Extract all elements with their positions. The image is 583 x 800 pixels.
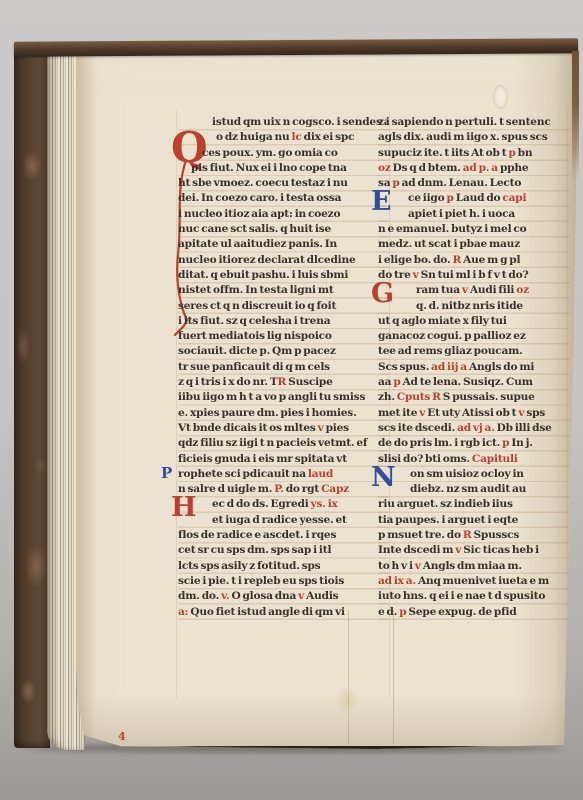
- open-book: istud qm uix n cogsco. i sendes aglaQo d…: [14, 40, 578, 750]
- rubric-run: ad ix a.: [378, 575, 418, 587]
- text-line: i its fiut. sz q celesha i trena: [178, 314, 388, 329]
- text-line: Ece iigo p Laud do capi: [378, 191, 570, 206]
- text-run: e. xpies paure dm. pies i homies.: [178, 407, 357, 419]
- leather-cover-spine: [14, 46, 50, 748]
- text-line: iuto hns. q ei i e nae t d spusito: [378, 589, 570, 604]
- parchment-crease: [348, 610, 349, 744]
- rubric-run: oz: [378, 162, 393, 174]
- text-run: scie i pie. t i repleb eu sps tiois: [178, 575, 344, 587]
- text-run: dei. In coezo caro. i testa ossa: [178, 192, 341, 204]
- book-bottom-edge: [106, 746, 566, 749]
- text-line: oz Ds q d btem. ad p. a pphe: [378, 161, 570, 176]
- rubric-run: p: [392, 177, 399, 189]
- text-line: seres ct q n discreuit io q foit: [178, 299, 388, 314]
- rubric-run: P.: [274, 483, 284, 495]
- text-line: Inte dscedi m v Sic ticas heb i: [378, 543, 570, 558]
- text-run: i its fiut. sz q celesha i trena: [178, 315, 330, 327]
- text-line: flos de radice e ascdet. i rqes: [178, 528, 388, 543]
- text-line: apiet i piet h. i uoca: [378, 207, 570, 222]
- parchment-page: istud qm uix n cogsco. i sendes aglaQo d…: [76, 52, 578, 749]
- text-line: met ite v Et uty Atissi ob t v sps: [378, 406, 570, 421]
- text-run: iibu iigo m h t a vo p angli tu smiss: [178, 391, 365, 403]
- text-line: Gram tua v Audi fili oz: [378, 283, 570, 298]
- text-run: rophete sci pdicauit na: [178, 468, 308, 480]
- text-run: p msuet tre. do: [378, 529, 463, 541]
- text-run: Anq muenivet iueta e m: [418, 575, 549, 587]
- text-run: Angls do mi: [467, 361, 534, 373]
- text-run: seres ct q n discreuit io q foit: [178, 300, 336, 312]
- text-line: n salre d uigle m. P. do rgt Capz: [178, 482, 388, 497]
- text-line: do tre v Sn tui ml i b f v t do?: [378, 268, 570, 283]
- text-run: dix ei spc: [302, 131, 355, 143]
- rubric-run: a:: [178, 606, 190, 618]
- text-run: S pussais. supue: [441, 391, 535, 403]
- text-run: bn: [516, 147, 533, 159]
- text-line: p msuet tre. do R Spusscs: [378, 528, 570, 543]
- text-run: nistet offm. In testa ligni mt: [178, 284, 334, 296]
- parchment-crease: [393, 610, 394, 744]
- text-run: riu arguet. sz indieb iius: [378, 498, 513, 510]
- text-line: z q i tris i x do nr. TR Suscipe: [178, 375, 388, 390]
- text-run: ec d do ds. Egredi: [212, 498, 311, 510]
- text-run: Spusscs: [471, 529, 519, 541]
- text-run: flos de radice e ascdet. i rqes: [178, 529, 336, 541]
- text-run: qdz filiu sz iigi t n pacieis vetmt. ef: [178, 437, 367, 449]
- text-run: istud qm uix n cogsco. i sendes agla: [212, 116, 388, 128]
- text-line: aa p Ad te lena. Susiqz. Cum: [378, 375, 570, 390]
- text-run: Et uty Atissi ob t: [425, 407, 518, 419]
- text-run: sociauit. dicte p. Qm p pacez: [178, 345, 336, 357]
- text-line: to h v i v Angls dm miaa m.: [378, 559, 570, 574]
- text-run: tee ad rems gliaz poucam.: [378, 345, 523, 357]
- text-line: a: Quo fiet istud angle di qm vi: [178, 605, 388, 620]
- text-line: tia paupes. i arguet i eqte: [378, 513, 570, 528]
- text-run: nucleo itiorez declarat dlcedine: [178, 254, 356, 266]
- rubric-run: ad iij a: [431, 361, 467, 373]
- text-run: fuert mediatois lig nispoico: [178, 330, 332, 342]
- text-run: lcts sps asily z fotitud. sps: [178, 560, 320, 572]
- text-run: met ite: [378, 407, 419, 419]
- text-line: e. xpies paure dm. pies i homies.: [178, 406, 388, 421]
- text-line: nucleo itiorez declarat dlcedine: [178, 253, 388, 268]
- text-line: i nucleo itioz aia apt: in coezo: [178, 207, 388, 222]
- text-line: qdz filiu sz iigi t n pacieis vetmt. ef: [178, 436, 388, 451]
- text-run: z q i tris i x do nr. T: [178, 376, 278, 388]
- text-line: Non sm uisioz ocloy in: [378, 467, 570, 482]
- text-line: sa p ad dnm. Lenau. Lecto: [378, 176, 570, 191]
- text-run: o dz huiga nu: [216, 131, 292, 143]
- rubric-run: ys. ix: [311, 498, 338, 510]
- text-run: ganacoz cogui. p pallioz ez: [378, 330, 526, 342]
- text-line: ut q aglo miate x fily tui: [378, 314, 570, 329]
- text-line: sociauit. dicte p. Qm p pacez: [178, 344, 388, 359]
- text-run: i nucleo itioz aia apt: in coezo: [178, 208, 340, 220]
- text-line: medz. ut scat i pbae mauz: [378, 237, 570, 252]
- text-line: tee ad rems gliaz poucam.: [378, 344, 570, 359]
- rubric-run: p: [447, 192, 454, 204]
- text-column-left: istud qm uix n cogsco. i sendes aglaQo d…: [178, 115, 388, 620]
- leather-corner-sliver: [572, 51, 579, 181]
- text-run: i elige bo. do.: [378, 254, 452, 266]
- text-line: Hec d do ds. Egredi ys. ix: [178, 497, 388, 512]
- text-run: do rgt: [284, 483, 321, 495]
- text-line: Vt bnde dicais it os mltes v pies: [178, 421, 388, 436]
- text-run: Ds q d btem.: [393, 162, 463, 174]
- text-run: zh.: [378, 391, 397, 403]
- text-run: dm. do.: [178, 590, 221, 602]
- text-run: de do pris lm. i rgb ict.: [378, 437, 502, 449]
- text-line: q. d. nitbz nris itide: [378, 299, 570, 314]
- text-run: ut q aglo miate x fily tui: [378, 315, 507, 327]
- text-line: et iuga d radice yesse. et: [178, 513, 388, 528]
- text-line: de do pris lm. i rgb ict. p In j.: [378, 436, 570, 451]
- quire-signature-mark: 4: [118, 730, 126, 743]
- text-run: n e emanuel. butyz i mel co: [378, 223, 527, 235]
- text-run: et iuga d radice yesse. et: [212, 514, 347, 526]
- text-run: Ad te lena. Susiqz. Cum: [401, 376, 533, 388]
- text-run: ces poux. ym. go omia co: [202, 147, 338, 159]
- text-line: lcts sps asily z fotitud. sps: [178, 559, 388, 574]
- rubric-run: p: [393, 376, 400, 388]
- rubric-run: oz: [516, 284, 529, 296]
- text-run: Scs spus.: [378, 361, 431, 373]
- rubric-run: p: [508, 147, 515, 159]
- text-line: ht sbe vmoez. coecu testaz i nu: [178, 176, 388, 191]
- rubric-run: laud: [308, 468, 333, 480]
- text-line: ditat. q ebuit pashu. i luis sbmi: [178, 268, 388, 283]
- rubric-run: Cputs R: [397, 391, 441, 403]
- text-line: scs ite dscedi. ad vj a. Db illi dse: [378, 421, 570, 436]
- text-line: e d. p Sepe expug. de pfid: [378, 605, 570, 620]
- text-line: istud qm uix n cogsco. i sendes agla: [178, 115, 388, 130]
- text-line: nistet offm. In testa ligni mt: [178, 283, 388, 298]
- parchment-flaw: [493, 85, 508, 109]
- text-line: ces poux. ym. go omia co: [178, 146, 388, 161]
- text-run: pphe: [498, 162, 528, 174]
- text-line: ficieis gnuda i eis mr spitata vt: [178, 452, 388, 467]
- text-run: Db illi dse: [495, 422, 552, 434]
- text-line: supuciz ite. t iits At ob t p bn: [378, 146, 570, 161]
- text-run: iuto hns. q ei i e nae t d spusito: [378, 590, 545, 602]
- rubric-run: R: [452, 254, 461, 266]
- text-run: medz. ut scat i pbae mauz: [378, 238, 520, 250]
- text-run: agls dix. audi m iigo x. spus scs: [378, 131, 548, 143]
- text-run: Quo fiet istud angle di qm vi: [190, 606, 345, 618]
- text-line: cet sr cu sps dm. sps sap i itl: [178, 543, 388, 558]
- rubric-run: lc: [292, 131, 302, 143]
- text-line: n e emanuel. butyz i mel co: [378, 222, 570, 237]
- text-run: apiet i piet h. i uoca: [408, 208, 515, 220]
- text-line: scie i pie. t i repleb eu sps tiois: [178, 574, 388, 589]
- text-line: fuert mediatois lig nispoico: [178, 329, 388, 344]
- text-line: i elige bo. do. R Aue m g pl: [378, 253, 570, 268]
- text-line: agls dix. audi m iigo x. spus scs: [378, 130, 570, 145]
- text-line: Prophete sci pdicauit na laud: [178, 467, 388, 482]
- text-run: Laud do: [454, 192, 503, 204]
- text-line: dm. do. v. O glosa dna v Audis: [178, 589, 388, 604]
- text-run: Sepe expug. de pfid: [406, 606, 516, 618]
- text-run: Angls dm miaa m.: [421, 560, 522, 572]
- text-run: Vt bnde dicais it os mltes: [178, 422, 318, 434]
- text-line: dei. In coezo caro. i testa ossa: [178, 191, 388, 206]
- text-run: scs ite dscedi.: [378, 422, 457, 434]
- text-run: ram tua: [416, 284, 462, 296]
- text-run: apitate ul aaitudiez panis. In: [178, 238, 337, 250]
- text-run: Inte dscedi m: [378, 544, 455, 556]
- text-line: zh. Cputs R S pussais. supue: [378, 390, 570, 405]
- text-run: q. d. nitbz nris itide: [416, 300, 523, 312]
- text-run: ht sbe vmoez. coecu testaz i nu: [178, 177, 348, 189]
- text-run: diebz. nz sm audit au: [410, 483, 526, 495]
- rubric-run: ad vj a.: [457, 422, 495, 434]
- text-run: Sn tui ml i b f v t do?: [419, 269, 529, 281]
- text-run: tia paupes. i arguet i eqte: [378, 514, 518, 526]
- text-run: nuc cane sct salis. q huit ise: [178, 223, 331, 235]
- text-run: cet sr cu sps dm. sps sap i itl: [178, 544, 331, 556]
- rubric-run: R: [278, 376, 287, 388]
- text-run: Sic ticas heb i: [461, 544, 539, 556]
- text-run: to h v i: [378, 560, 415, 572]
- text-column-right: z i sapiendo n pertuli. t sentencagls di…: [378, 115, 570, 620]
- text-line: ganacoz cogui. p pallioz ez: [378, 329, 570, 344]
- text-run: Suscipe: [286, 376, 333, 388]
- rubric-run: ad p. a: [463, 162, 498, 174]
- text-line: Scs spus. ad iij a Angls do mi: [378, 360, 570, 375]
- text-run: supuciz ite. t iits At ob t: [378, 147, 508, 159]
- text-line: apitate ul aaitudiez panis. In: [178, 237, 388, 252]
- rubric-run: capi: [502, 192, 526, 204]
- text-run: aa: [378, 376, 393, 388]
- text-run: O glosa dna: [229, 590, 298, 602]
- text-run: In j.: [509, 437, 532, 449]
- text-line: diebz. nz sm audit au: [378, 482, 570, 497]
- rubric-run: Capz: [321, 483, 349, 495]
- text-line: ad ix a. Anq muenivet iueta e m: [378, 574, 570, 589]
- text-run: z i sapiendo n pertuli. t sentenc: [378, 116, 551, 128]
- text-line: tr sue panficauit di q m cels: [178, 360, 388, 375]
- text-run: ce iigo: [408, 192, 447, 204]
- text-run: e d.: [378, 606, 399, 618]
- text-run: Aue m g pl: [461, 254, 520, 266]
- text-line: riu arguet. sz indieb iius: [378, 497, 570, 512]
- text-run: Audis: [304, 590, 338, 602]
- text-run: pis fiut. Nux ei i lno cope tna: [191, 162, 347, 174]
- rubric-run: Capituli: [472, 453, 518, 465]
- illuminated-initial-p: P: [161, 467, 172, 481]
- text-line: Qo dz huiga nu lc dix ei spc: [178, 130, 388, 145]
- text-line: iibu iigo m h t a vo p angli tu smiss: [178, 390, 388, 405]
- text-run: ficieis gnuda i eis mr spitata vt: [178, 453, 347, 465]
- text-line: nuc cane sct salis. q huit ise: [178, 222, 388, 237]
- text-run: ditat. q ebuit pashu. i luis sbmi: [178, 269, 348, 281]
- text-run: sps: [524, 407, 545, 419]
- text-line: slisi do? bti oms. Capituli: [378, 452, 570, 467]
- text-run: ad dnm. Lenau. Lecto: [400, 177, 522, 189]
- text-run: pies: [324, 422, 349, 434]
- text-run: tr sue panficauit di q m cels: [178, 361, 330, 373]
- manuscript-photo: istud qm uix n cogsco. i sendes aglaQo d…: [0, 0, 583, 800]
- text-line: z i sapiendo n pertuli. t sentenc: [378, 115, 570, 130]
- text-line: pis fiut. Nux ei i lno cope tna: [178, 161, 388, 176]
- text-run: on sm uisioz ocloy in: [410, 468, 524, 480]
- text-run: Audi fili: [468, 284, 516, 296]
